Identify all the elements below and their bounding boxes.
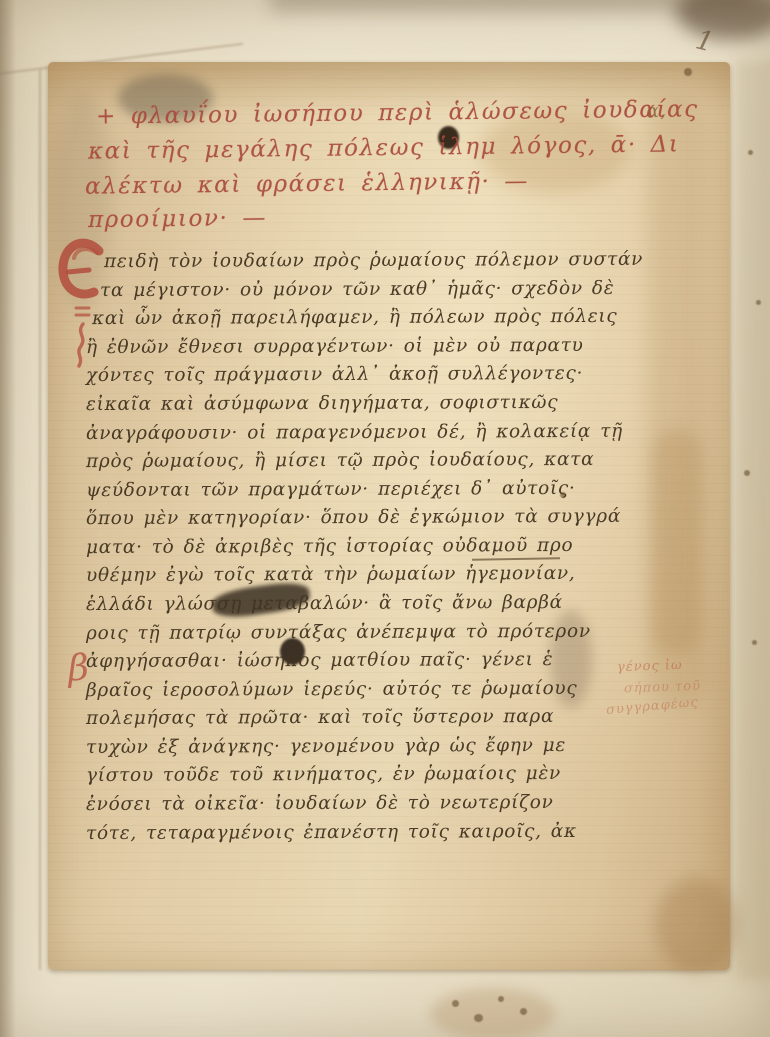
stain — [270, 0, 750, 12]
fold-line — [39, 70, 41, 970]
text-line: χόντες τοῖς πράγμασιν ἀλλ᾽ ἀκοῇ συλλέγον… — [86, 363, 583, 386]
text-line: ἀφηγήσασθαι· ἰώσηπος ματθίου παῖς· γένει… — [86, 649, 553, 672]
folio-number: 1 — [693, 24, 717, 58]
stain — [676, 0, 770, 40]
text-line: υθέμην ἐγὼ τοῖς κατὰ τὴν ῥωμαίων ἡγεμονί… — [86, 563, 576, 586]
stain — [735, 60, 770, 980]
speck — [744, 470, 750, 476]
text-line: ἐνόσει τὰ οἰκεῖα· ἰουδαίων δὲ τὸ νεωτερί… — [86, 792, 554, 815]
speck — [752, 640, 757, 645]
text-line: πρὸς ῥωμαίους, ἢ μίσει τῷ πρὸς ἰουδαίους… — [86, 449, 594, 472]
text-line: ἀναγράφουσιν· οἱ παραγενόμενοι δέ, ἢ κολ… — [86, 421, 623, 444]
text-line: καὶ ὧν ἀκοῇ παρειλήφαμεν, ἢ πόλεων πρὸς … — [92, 306, 618, 329]
text-line: ψεύδονται τῶν πραγμάτων· περιέχει δ᾽ αὐτ… — [86, 478, 576, 501]
rubric-line-3: αλέκτω καὶ φράσει ἑλληνικῇ· — — [85, 168, 529, 199]
text-line: ματα· τὸ δὲ ἀκριβὲς τῆς ἱστορίας οὐδαμοῦ… — [86, 535, 573, 558]
manuscript-photo: 1 α, + φλαυΐου ἰωσήπου περὶ ἁλώσεως ἰουδ… — [0, 0, 770, 1037]
text-line: πειδὴ τὸν ἰουδαίων πρὸς ῥωμαίους πόλεμον… — [104, 249, 643, 272]
speck — [756, 300, 761, 305]
text-line: βραῖος ἱεροσολύμων ἱερεύς· αὐτός τε ῥωμα… — [86, 678, 577, 701]
speck — [684, 68, 692, 76]
text-line: γίστου τοῦδε τοῦ κινήματος, ἐν ῥωμαίοις … — [86, 763, 561, 786]
text-line: εἰκαῖα καὶ ἀσύμφωνα διηγήματα, σοφιστικῶ… — [86, 392, 558, 415]
speck — [498, 996, 504, 1002]
text-line: τα μέγιστον· οὐ μόνον τῶν καθ᾽ ἡμᾶς· σχε… — [100, 278, 614, 301]
text-line: ὅπου μὲν κατηγορίαν· ὅπου δὲ ἐγκώμιον τὰ… — [86, 506, 621, 529]
spine-shadow — [0, 0, 16, 1037]
speck — [474, 1014, 483, 1022]
marginal-note-line: σήπου τοῦ — [624, 679, 701, 697]
text-line: ἑλλάδι γλώσσῃ μεταβαλών· ἃ τοῖς ἄνω βαρβ… — [86, 592, 563, 615]
marginal-note-line: γένος ἰω — [617, 658, 683, 675]
text-line: τυχὼν ἐξ ἀνάγκης· γενομένου γὰρ ὡς ἔφην … — [86, 735, 566, 758]
text-line: τότε, τεταραγμένοις ἐπανέστη τοῖς καιροῖ… — [86, 821, 577, 844]
speck — [748, 150, 753, 155]
rubric-line-4: προοίμιον· — — [88, 205, 267, 233]
text-line: ροις τῇ πατρίῳ συντάξας ἀνέπεμψα τὸ πρότ… — [86, 621, 591, 644]
speck — [520, 1008, 527, 1015]
text-line: ἢ ἐθνῶν ἔθνεσι συρραγέντων· οἱ μὲν οὐ πα… — [86, 335, 584, 358]
text-line: πολεμήσας τὰ πρῶτα· καὶ τοῖς ὕστερον παρ… — [86, 706, 554, 729]
speck — [452, 1000, 459, 1007]
stain — [430, 988, 555, 1037]
